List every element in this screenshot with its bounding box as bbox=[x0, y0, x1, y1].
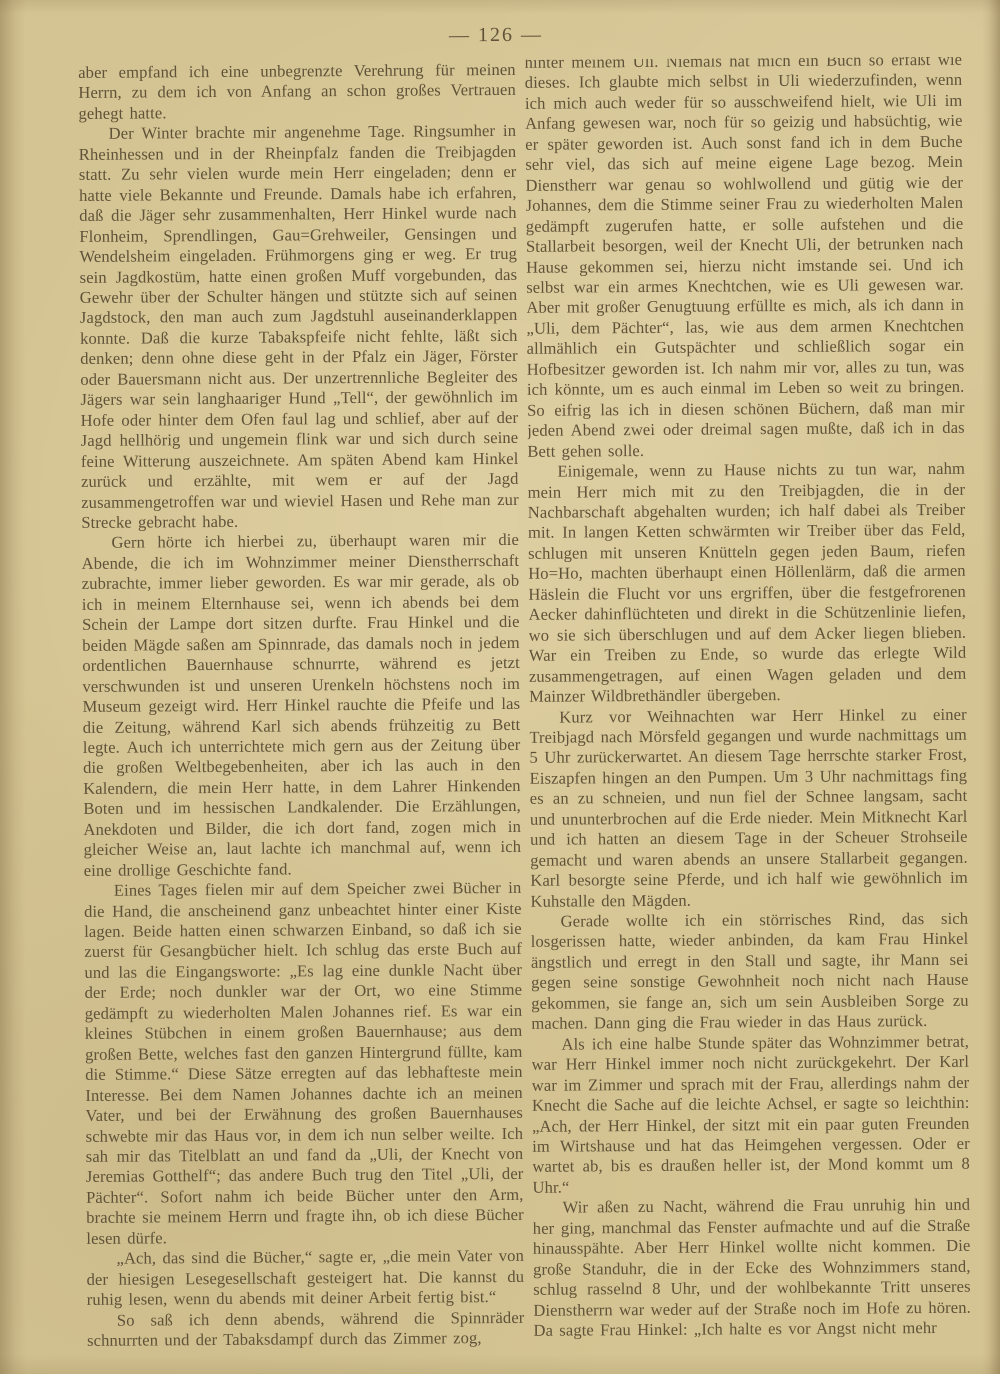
paragraph-left-6: So saß ich denn abends, während die Spin… bbox=[87, 1307, 525, 1351]
page-number-header: — 126 — bbox=[0, 21, 996, 51]
paragraph-right-5: Als ich eine halbe Stunde später das Woh… bbox=[531, 1031, 970, 1198]
paragraph-left-2: Der Winter brachte mir angenehme Tage. R… bbox=[79, 121, 519, 533]
scanned-page-content: — 126 — aber empfand ich eine unbegrenzt… bbox=[0, 0, 1000, 1374]
paragraph-left-3: Gern hörte ich hierbei zu, überhaupt war… bbox=[81, 530, 521, 881]
two-column-text-block: aber empfand ich eine unbegrenzte Verehr… bbox=[78, 57, 971, 1363]
paragraph-right-2: Einigemale, wenn zu Hause nichts zu tun … bbox=[527, 459, 966, 707]
paragraph-right-4: Gerade wollte ich ein störrisches Rind, … bbox=[531, 909, 969, 1035]
paragraph-right-3: Kurz vor Weihnachten war Herr Hinkel zu … bbox=[529, 704, 968, 912]
paragraph-left-4: Eines Tages fielen mir auf dem Speicher … bbox=[84, 878, 524, 1249]
right-text-column: hinter meinem Uli. Niemals hat mich ein … bbox=[525, 57, 972, 1353]
book-page: — 126 — aber empfand ich eine unbegrenzt… bbox=[0, 0, 1000, 1374]
paragraph-left-5: „Ach, das sind die Bücher,“ sagte er, „d… bbox=[86, 1246, 524, 1310]
paragraph-right-1: hinter meinem Uli. Niemals hat mich ein … bbox=[525, 57, 965, 462]
paragraph-right-6: Wir aßen zu Nacht, während die Frau unru… bbox=[533, 1195, 971, 1341]
paragraph-left-1: aber empfand ich eine unbegrenzte Verehr… bbox=[78, 60, 516, 124]
left-text-column: aber empfand ich eine unbegrenzte Verehr… bbox=[78, 60, 525, 1363]
